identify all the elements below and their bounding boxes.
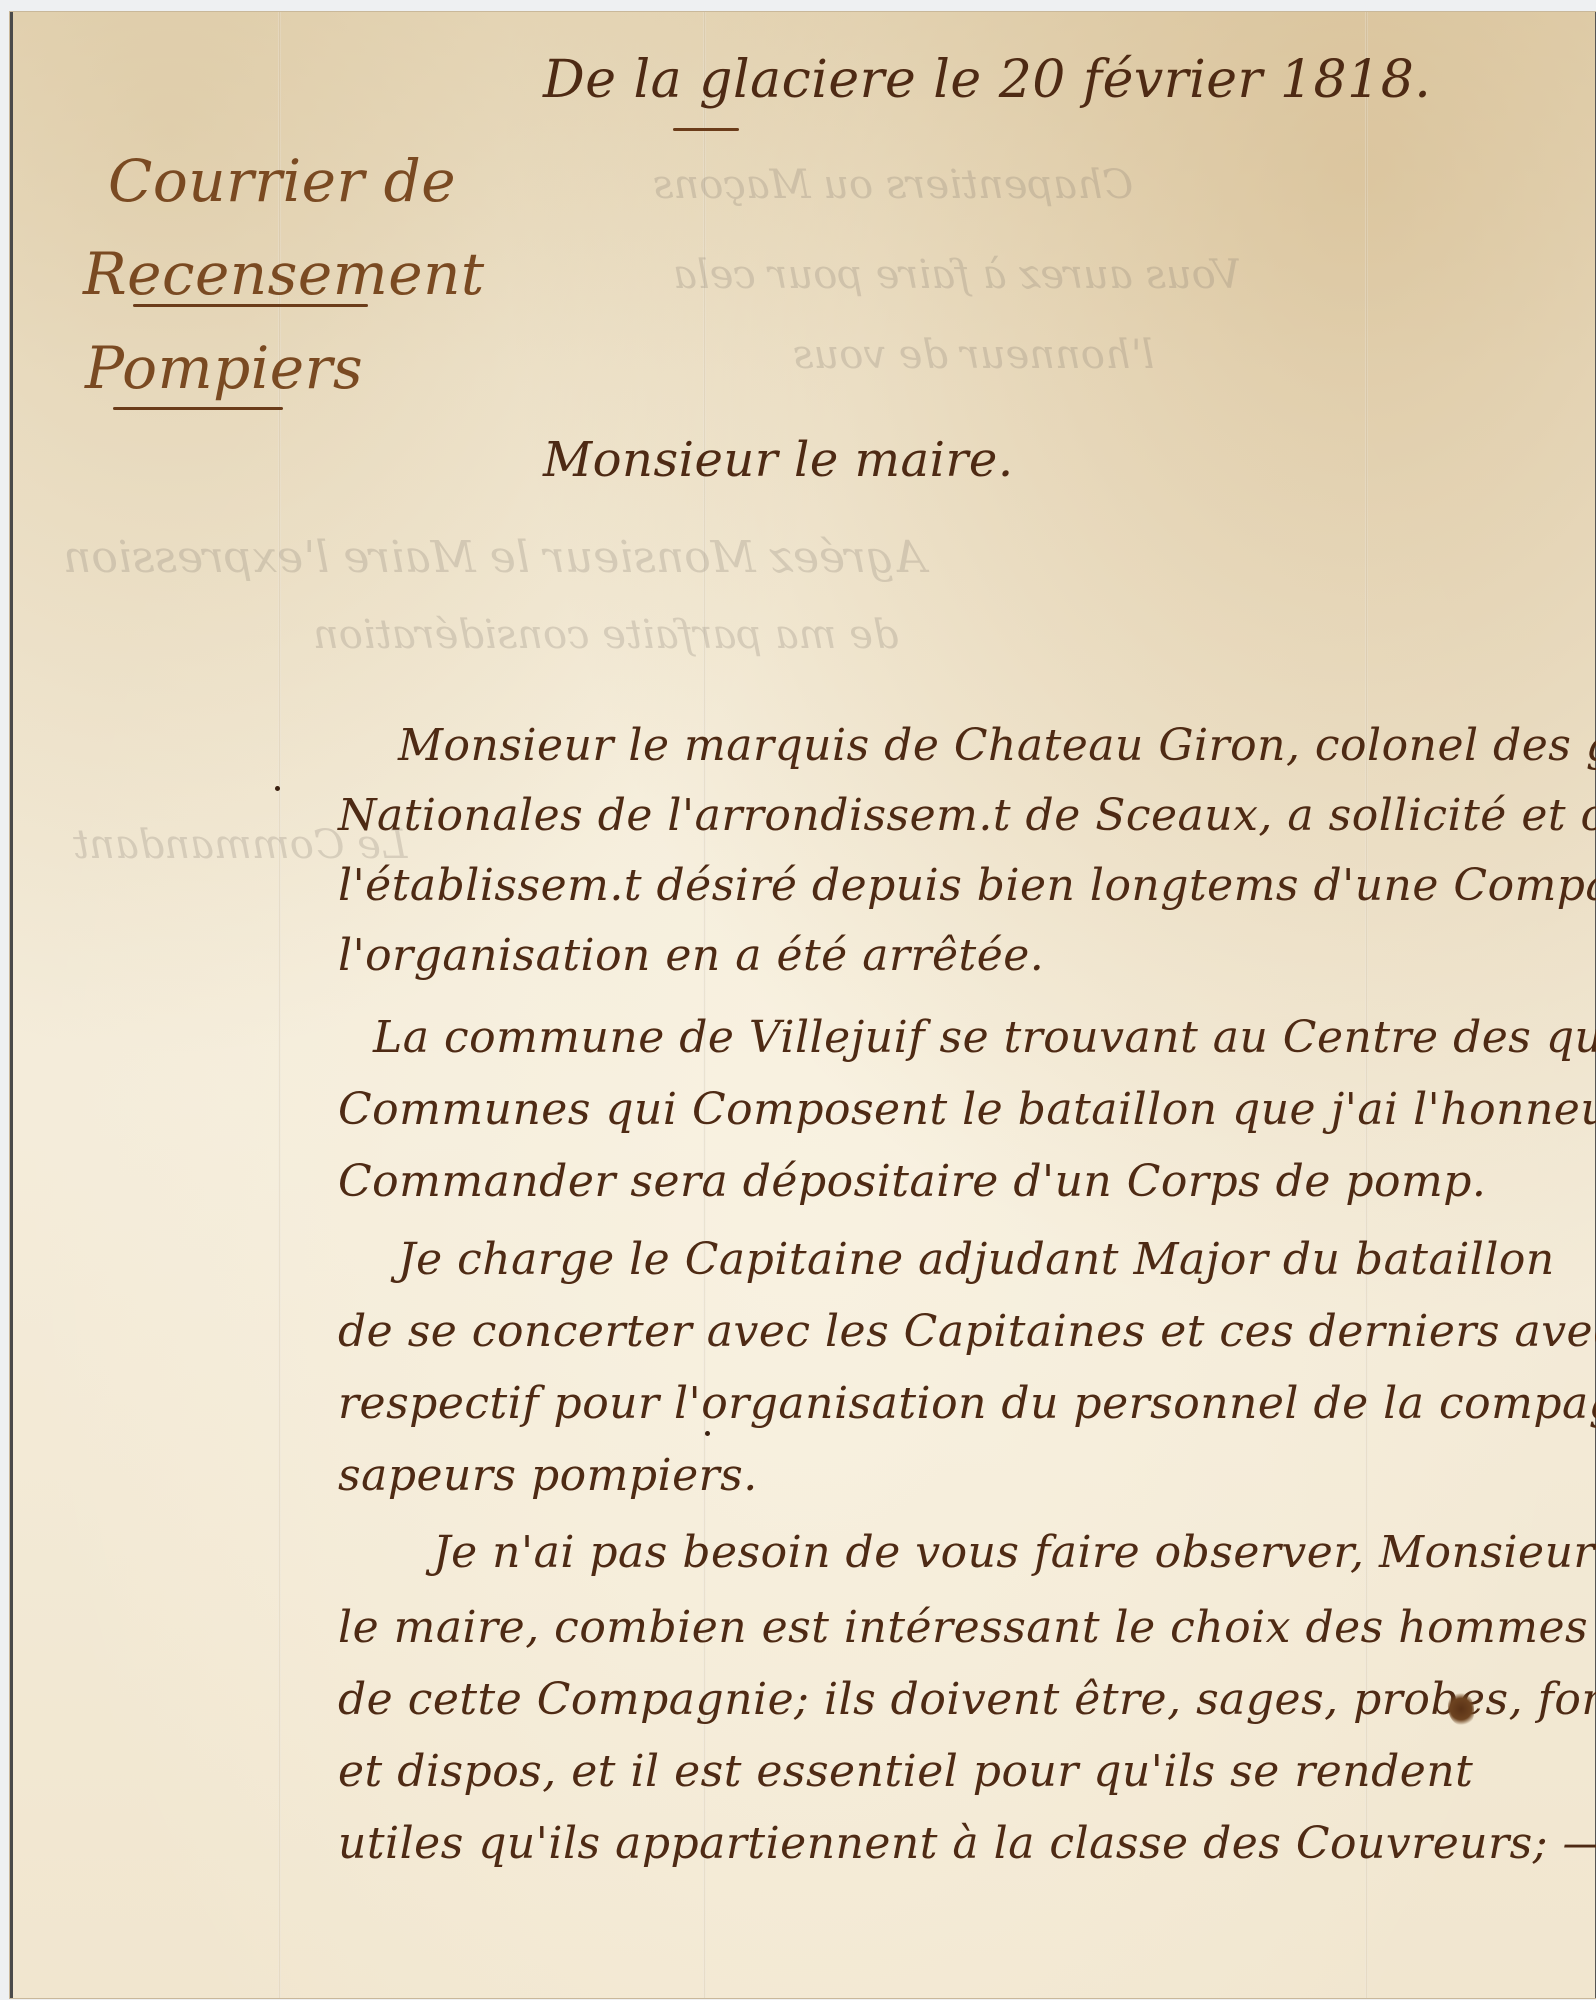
paper-fold <box>278 12 281 1998</box>
body-line: utiles qu'ils appartiennent à la classe … <box>338 1818 1596 1869</box>
margin-note-underline <box>133 304 368 307</box>
margin-note-line1: Courrier de <box>108 147 456 215</box>
body-line: Nationales de l'arrondissem.t de Sceaux,… <box>338 790 1596 841</box>
bleed-through-text: de ma parfaite considération <box>313 612 899 658</box>
letter-page: Chapentiers ou Maçons Vous aurez à faire… <box>10 12 1596 1998</box>
body-line: sapeurs pompiers. <box>338 1450 758 1501</box>
ink-blot <box>1448 1692 1474 1726</box>
body-line: Je n'ai pas besoin de vous faire observe… <box>433 1527 1595 1578</box>
margin-note-line3: Pompiers <box>85 334 363 402</box>
margin-note-underline <box>113 407 283 410</box>
body-line: Communes qui Composent le bataillon que … <box>338 1084 1596 1135</box>
bleed-through-text: Agréez Monsieur le Maire l'expression <box>63 532 926 583</box>
body-line: Je charge le Capitaine adjudant Major du… <box>398 1234 1555 1285</box>
body-line: l'établissem.t désiré depuis bien longte… <box>338 860 1596 911</box>
body-line: La commune de Villejuif se trouvant au C… <box>373 1012 1596 1063</box>
salutation: Monsieur le maire. <box>543 432 1014 488</box>
body-line: le maire, combien est intéressant le cho… <box>338 1602 1588 1653</box>
body-line: l'organisation en a été arrêtée. <box>338 930 1044 981</box>
ink-dot <box>275 786 280 791</box>
body-line: Commander sera dépositaire d'un Corps de… <box>338 1156 1486 1207</box>
body-line: de cette Compagnie; ils doivent être, sa… <box>338 1674 1596 1725</box>
margin-note-line2: Recensement <box>83 240 485 308</box>
date-underline <box>673 128 739 131</box>
bleed-through-text: l'honneur de vous <box>793 332 1154 378</box>
place-date: De la glaciere le 20 février 1818. <box>543 50 1431 110</box>
body-line: Monsieur le marquis de Chateau Giron, co… <box>398 720 1596 771</box>
body-line: respectif pour l'organisation du personn… <box>338 1378 1596 1429</box>
bleed-through-text: Vous aurez à faire pour cela <box>673 252 1241 298</box>
ink-dot <box>705 1431 710 1436</box>
bleed-through-text: Chapentiers ou Maçons <box>653 162 1133 208</box>
body-line: de se concerter avec les Capitaines et c… <box>338 1306 1596 1357</box>
body-line: et dispos, et il est essentiel pour qu'i… <box>338 1746 1473 1797</box>
